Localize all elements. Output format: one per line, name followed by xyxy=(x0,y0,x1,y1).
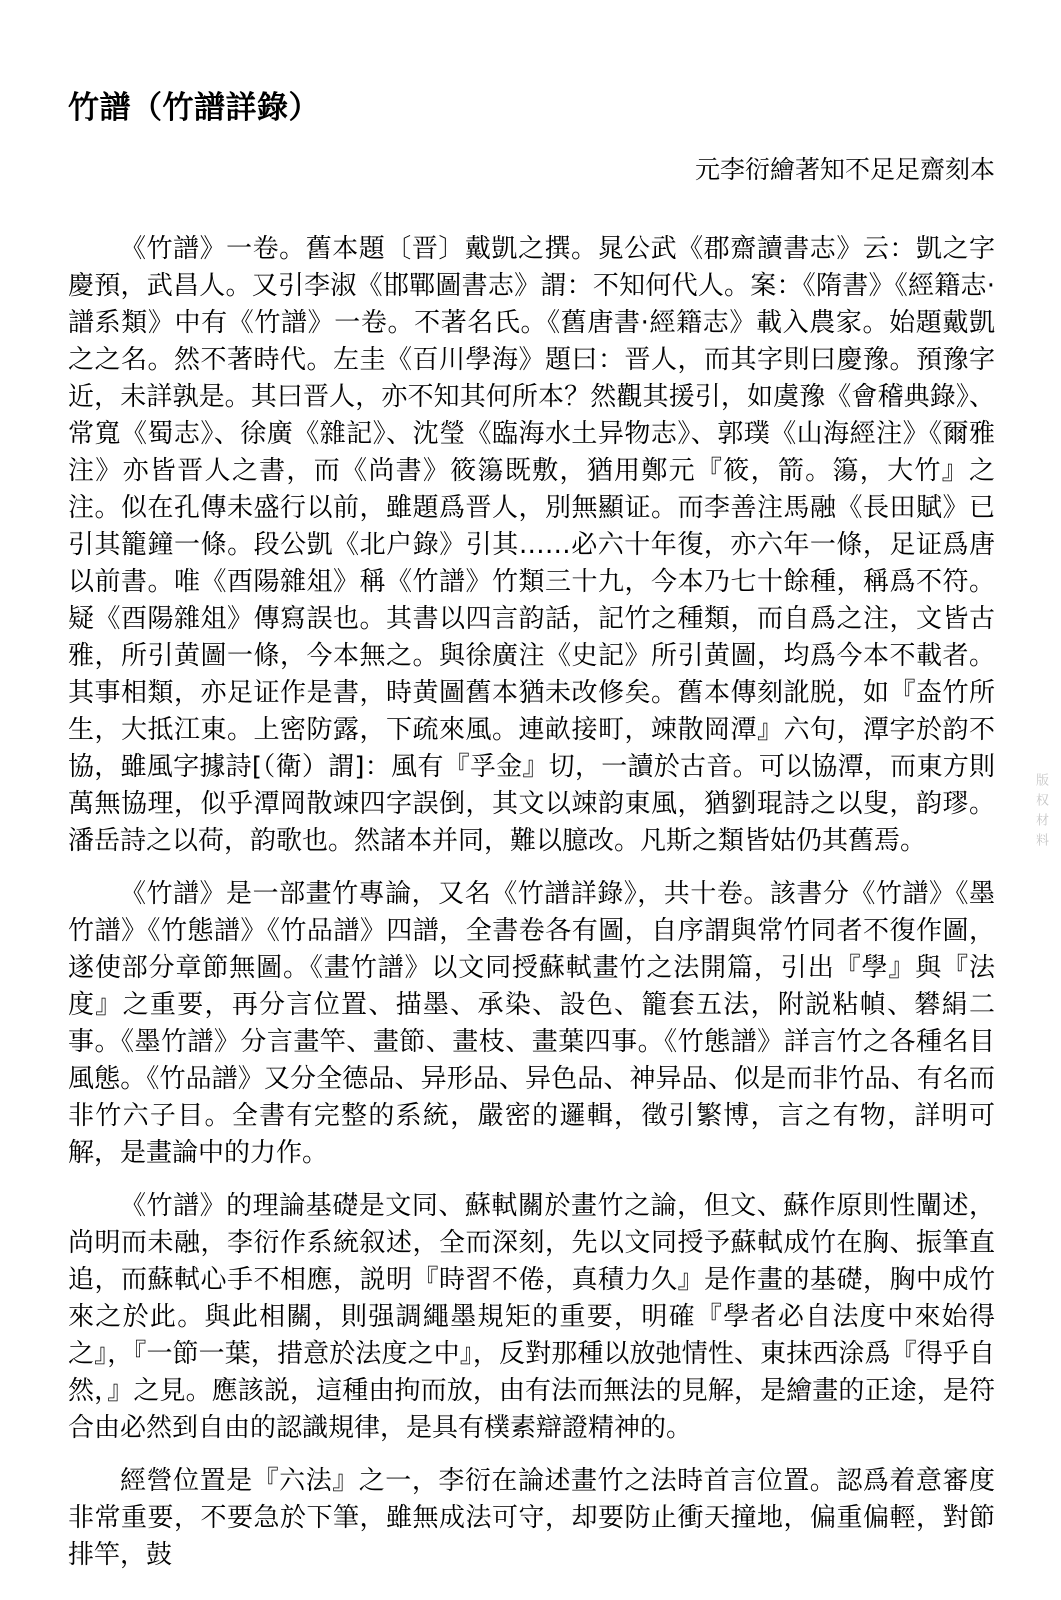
paragraph-4: 經營位置是『六法』之一，李衍在論述畫竹之法時首言位置。認爲着意審度非常重要，不要… xyxy=(68,1463,995,1574)
document-body: 《竹譜》一卷。舊本題〔晋〕戴凱之撰。晁公武《郡齋讀書志》云：凱之字慶預，武昌人。… xyxy=(68,231,995,1574)
page-title: 竹譜（竹譜詳錄） xyxy=(68,88,995,128)
copyright-watermark: 版权材料 xyxy=(1031,773,1050,853)
paragraph-3: 《竹譜》的理論基礎是文同、蘇軾關於畫竹之論，但文、蘇作原則性闡述，尚明而未融，李… xyxy=(68,1188,995,1447)
byline: 元李衍繪著知不足足齋刻本 xyxy=(68,154,995,187)
paragraph-1: 《竹譜》一卷。舊本題〔晋〕戴凱之撰。晁公武《郡齋讀書志》云：凱之字慶預，武昌人。… xyxy=(68,231,995,860)
paragraph-2: 《竹譜》是一部畫竹專論，又名《竹譜詳錄》，共十卷。該書分《竹譜》《墨竹譜》《竹態… xyxy=(68,876,995,1172)
document-page: 竹譜（竹譜詳錄） 元李衍繪著知不足足齋刻本 《竹譜》一卷。舊本題〔晋〕戴凱之撰。… xyxy=(0,0,1061,1600)
